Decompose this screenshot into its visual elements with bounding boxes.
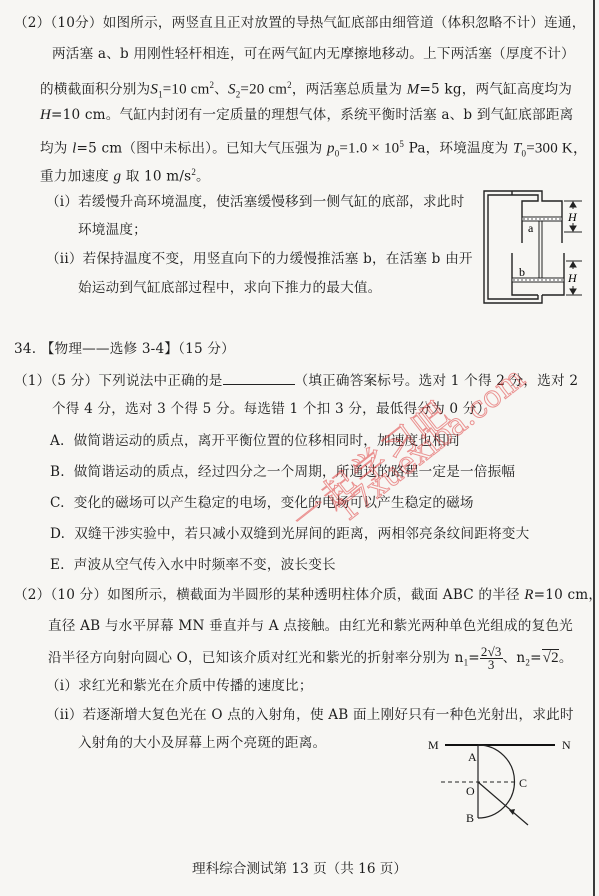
text: 的横截面积分别为 xyxy=(40,82,150,98)
n1-fraction: 2√33 xyxy=(480,646,503,671)
text: =5 cm（图中未标出）。已知大气压强为 xyxy=(76,141,327,157)
text: Pa，环境温度为 xyxy=(404,141,513,157)
page-edge-border xyxy=(593,0,595,896)
option-label: A. xyxy=(50,433,65,449)
var-p: p xyxy=(327,141,335,157)
cylinders-diagram: a b H H xyxy=(482,183,587,308)
q34-sub-i: （i）求红光和紫光在介质中传播的速度比； xyxy=(46,677,313,695)
text: 重力加速度 xyxy=(40,169,114,185)
option-d: D. 双缝干涉实验中，若只减小双缝到光屏间的距离，两相邻亮条纹间距将变大 xyxy=(50,525,529,543)
var-s2: S xyxy=(228,82,236,98)
text: =10 cm。气缸内封闭有一定质量的理想气体，系统平衡时活塞 a、b 到气缸底部… xyxy=(51,107,573,123)
label-h-top: H xyxy=(567,210,578,224)
q34-sub-ii-line2: 入射角的大小及屏幕上两个亮斑的距离。 xyxy=(78,734,326,752)
option-label: D. xyxy=(50,526,65,542)
label-a: a xyxy=(528,221,534,235)
option-text: 做简谐运动的质点，经过四分之一个周期，所通过的路程一定是一倍振幅 xyxy=(74,464,515,480)
option-label: B. xyxy=(50,464,65,480)
label-n: N xyxy=(562,738,571,752)
option-text: 声波从空气传入水中时频率不变，波长变长 xyxy=(74,557,336,573)
option-c: C. 变化的磁场可以产生稳定的电场，变化的电场可以产生稳定的磁场 xyxy=(50,494,474,512)
q33-part2-line2: 两活塞 a、b 用刚性轻杆相连，可在两气缸内无摩擦地移动。上下两活塞（厚度不计） xyxy=(52,45,575,63)
text: 。 xyxy=(559,650,573,666)
option-label: C. xyxy=(50,495,65,511)
q33-part2-line3: 的横截面积分别为S1=10 cm2、S2=20 cm2，两活塞总质量为 M=5 … xyxy=(40,76,572,103)
option-text: 做简谐运动的质点，离开平衡位置的位移相同时，加速度也相同 xyxy=(74,433,460,449)
option-a: A. 做简谐运动的质点，离开平衡位置的位移相同时，加速度也相同 xyxy=(50,432,460,450)
q34-header: 34. 【物理——选修 3-4】（15 分） xyxy=(14,340,235,358)
text: 取 10 m/s xyxy=(121,169,191,185)
var-r: R xyxy=(524,587,533,603)
q33-sub-i-line1: （i）若缓慢升高环境温度，使活塞缓慢移到一侧气缸的底部，求此时 xyxy=(46,193,464,211)
label-c: C xyxy=(519,776,527,790)
text: 均为 xyxy=(40,141,72,157)
q33-part2-line4: H=10 cm。气缸内封闭有一定质量的理想气体，系统平衡时活塞 a、b 到气缸底… xyxy=(40,106,573,124)
q33-sub-i-line2: 环境温度； xyxy=(78,221,147,239)
label-o: O xyxy=(466,784,475,798)
text: （填正确答案标号。选对 1 个得 2 分，选对 2 xyxy=(295,373,579,389)
q33-part2-line1: （2）（10分）如图所示，两竖直且正对放置的导热气缸底部由细管道（体积忽略不计）… xyxy=(14,14,586,32)
var-s1: S xyxy=(150,82,158,98)
text: = xyxy=(530,650,542,666)
text: 、 xyxy=(214,82,228,98)
n2-value: √2 xyxy=(542,649,559,666)
option-text: 双缝干涉实验中，若只减小双缝到光屏间的距离，两相邻亮条纹间距将变大 xyxy=(74,526,529,542)
q34-part1-line1: （1）（5 分）下列说法中正确的是（填正确答案标号。选对 1 个得 2 分，选对… xyxy=(14,370,578,390)
val: =300 K， xyxy=(526,141,588,157)
label-a: A xyxy=(468,750,477,764)
q34-sub-ii-line1: （ii）若逐渐增大复色光在 O 点的入射角，使 AB 面上刚好只有一种色光射出，… xyxy=(46,706,574,724)
text: = xyxy=(468,650,480,666)
q33-sub-ii-line1: （ii）若保持温度不变，用竖直向下的力缓慢推活塞 b，在活塞 b 由开 xyxy=(46,250,473,268)
q34-part2-line2: 直径 AB 与水平屏幕 MN 垂直并与 A 点接触。由红光和紫光两种单色光组成的… xyxy=(48,617,573,635)
text: =10 cm， xyxy=(534,587,599,603)
text: （1）（5 分）下列说法中正确的是 xyxy=(14,373,223,389)
q34-part2-line3: 沿半径方向射向圆心 O，已知该介质对红光和紫光的折射率分别为 n1=2√33、n… xyxy=(48,646,573,672)
label-h-bottom: H xyxy=(567,271,578,285)
var-h: H xyxy=(40,107,51,123)
answer-blank xyxy=(223,370,295,385)
text: 、n xyxy=(503,650,526,666)
q34-part1-line2: 个得 4 分，选对 3 个得 5 分。每选错 1 个扣 3 分，最低得分为 0 … xyxy=(52,400,490,418)
option-label: E. xyxy=(50,557,65,573)
denominator: 3 xyxy=(480,659,503,671)
text: 沿半径方向射向圆心 O，已知该介质对红光和紫光的折射率分别为 n xyxy=(48,650,464,666)
text: 。 xyxy=(196,169,210,185)
text: （2）（10 分）如图所示，横截面为半圆形的某种透明柱体介质，截面 ABC 的半… xyxy=(14,587,524,603)
option-text: 变化的磁场可以产生稳定的电场，变化的电场可以产生稳定的磁场 xyxy=(74,495,474,511)
val: =20 cm xyxy=(240,82,287,98)
val: =10 cm xyxy=(163,82,210,98)
text: ，两活塞总质量为 xyxy=(292,82,407,98)
q33-part2-line5: 均为 l=5 cm（图中未标出）。已知大气压强为 p0=1.0 × 105 Pa… xyxy=(40,135,588,162)
option-b: B. 做简谐运动的质点，经过四分之一个周期，所通过的路程一定是一倍振幅 xyxy=(50,463,515,481)
page-footer: 理科综合测试第 13 页（共 16 页） xyxy=(0,857,599,877)
label-b: b xyxy=(519,265,525,279)
text: =5 kg，两气缸高度均为 xyxy=(419,82,572,98)
q33-part2-line6: 重力加速度 g 取 10 m/s2。 xyxy=(40,163,210,186)
q33-sub-ii-line2: 始运动到气缸底部过程中，求向下推力的最大值。 xyxy=(78,279,381,297)
label-m: M xyxy=(428,738,439,752)
val: =1.0 × 10 xyxy=(339,141,399,157)
semicircle-diagram: M N A O C B xyxy=(425,733,590,833)
label-b: B xyxy=(466,811,474,825)
q34-part2-line1: （2）（10 分）如图所示，横截面为半圆形的某种透明柱体介质，截面 ABC 的半… xyxy=(14,586,599,604)
option-e: E. 声波从空气传入水中时频率不变，波长变长 xyxy=(50,556,336,574)
var-m: M xyxy=(407,82,420,98)
